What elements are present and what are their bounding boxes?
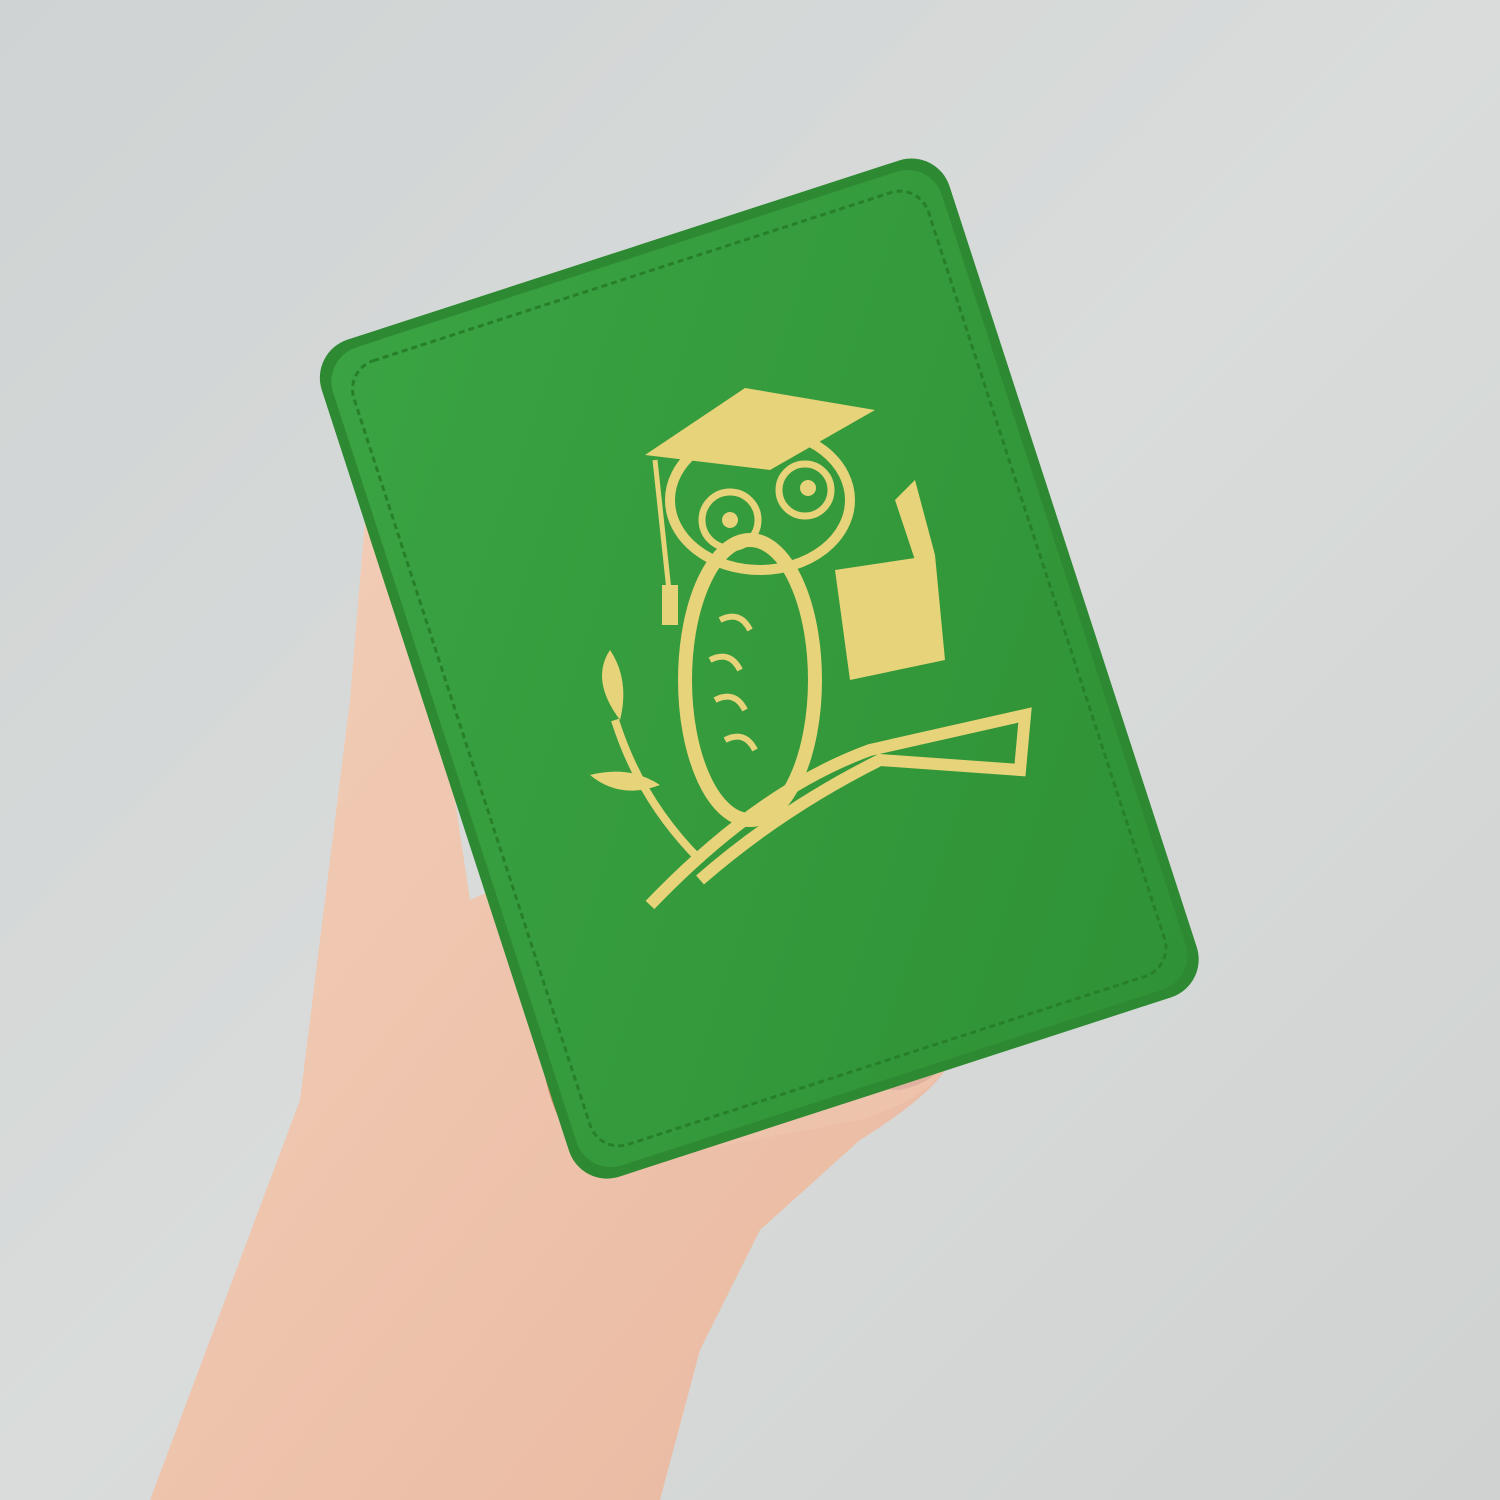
photo-scene [0, 0, 1500, 1500]
